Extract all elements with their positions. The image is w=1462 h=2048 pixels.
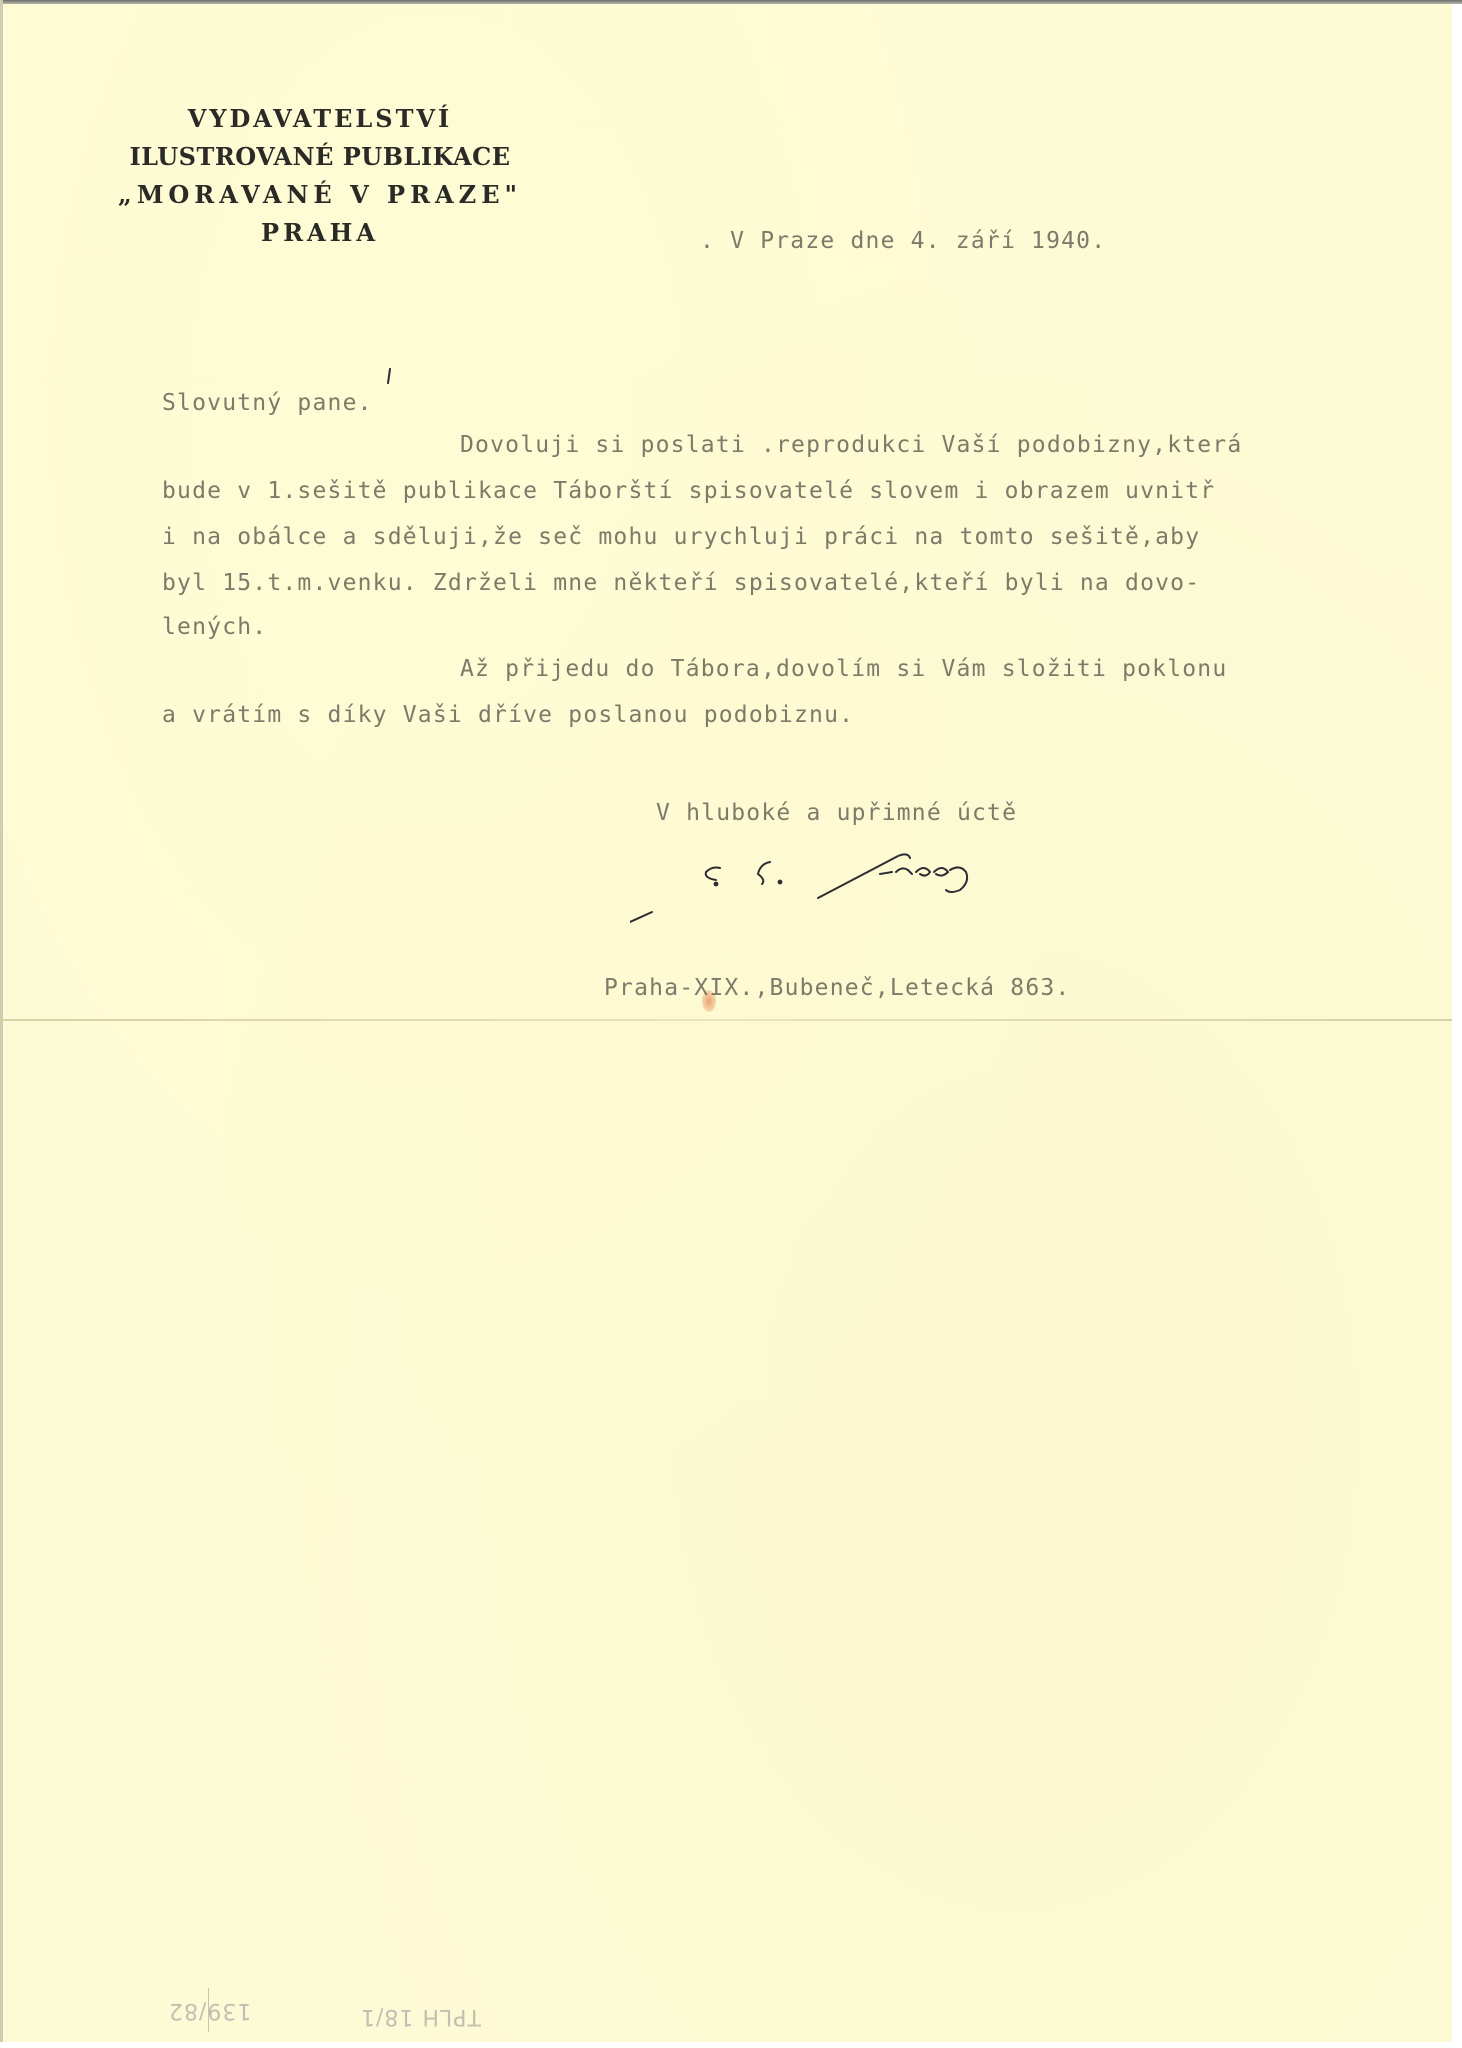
page-left-edge <box>0 0 3 2042</box>
letter-page: VYDAVATELSTVÍ ILUSTROVANÉ PUBLIKACE „MOR… <box>0 0 1452 2042</box>
letter-date: . V Praze dne 4. září 1940. <box>700 228 1106 254</box>
letterhead-publisher: VYDAVATELSTVÍ <box>90 100 550 138</box>
letterhead-title: „MORAVANÉ V PRAZE" <box>90 176 550 214</box>
letter-body-line: Dovoluji si poslati .reprodukci Vaší pod… <box>460 432 1242 458</box>
sender-address: Praha-XIX.,Bubeneč,Letecká 863. <box>604 975 1070 1001</box>
letterhead-publication: ILUSTROVANÉ PUBLIKACE <box>90 138 550 176</box>
letter-body-line: byl 15.t.m.venku. Zdrželi mne někteří sp… <box>162 570 1200 596</box>
letterhead-city: PRAHA <box>90 214 550 252</box>
letterhead: VYDAVATELSTVÍ ILUSTROVANÉ PUBLIKACE „MOR… <box>90 100 550 252</box>
handwritten-exclamation-mark <box>387 368 391 384</box>
letter-body-line: i na obálce a sděluji,že seč mohu urychl… <box>162 524 1200 550</box>
page-top-edge <box>0 0 1462 4</box>
archive-mark-divider <box>208 1988 209 2032</box>
archive-pencil-mark: TPLH 18/1 <box>360 2004 481 2029</box>
letter-salutation: Slovutný pane. <box>162 390 373 416</box>
handwritten-signature <box>630 850 1030 930</box>
archive-pencil-mark: 139/82 <box>168 1998 251 2023</box>
letter-closing: V hluboké a upřimné úctě <box>656 800 1017 826</box>
letter-body-line: lených. <box>162 614 267 640</box>
letter-body-line: Až přijedu do Tábora,dovolím si Vám slož… <box>460 656 1227 682</box>
paper-fold-line <box>0 1019 1452 1021</box>
letter-body-line: bude v 1.sešitě publikace Táborští spiso… <box>162 478 1215 504</box>
letter-body-line: a vrátím s díky Vaši dříve poslanou podo… <box>162 702 854 728</box>
